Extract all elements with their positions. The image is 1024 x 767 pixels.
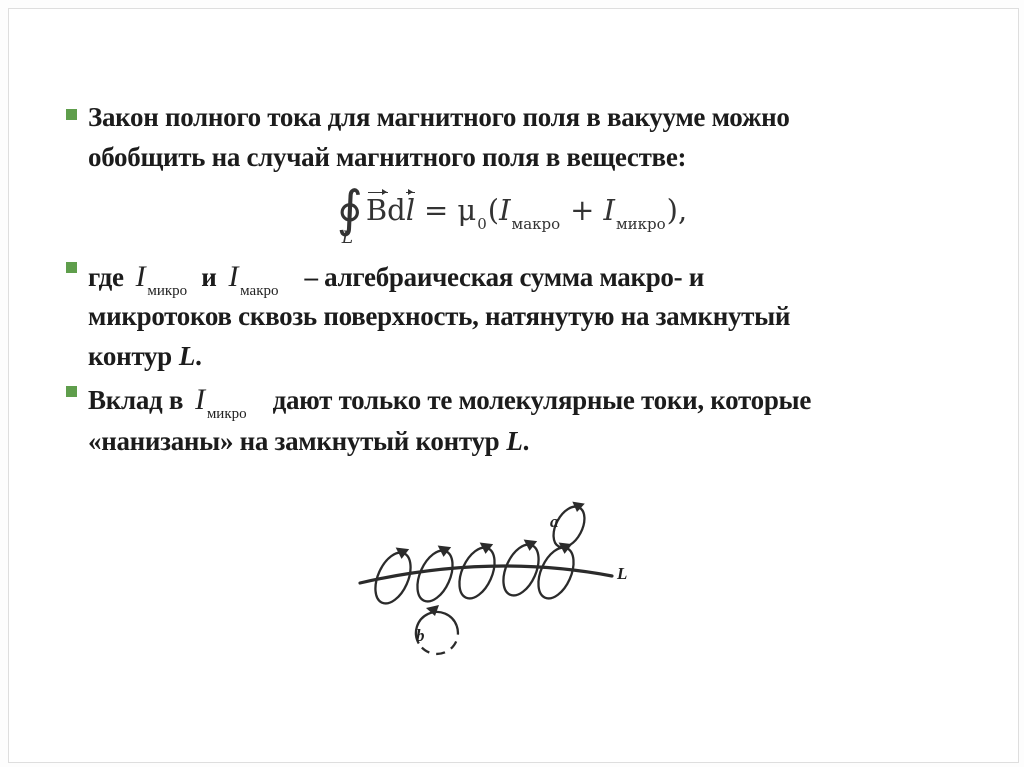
label-a: a: [550, 512, 559, 531]
text-segment: .: [195, 341, 201, 371]
i-micro-inline: Iмикро: [136, 261, 188, 298]
i-macro-inline: Iмакро: [228, 261, 278, 298]
i-micro-inline: Iмикро: [195, 384, 247, 421]
slide: Закон полного тока для магнитного поля в…: [0, 0, 1024, 767]
i-symbol: I: [228, 260, 238, 293]
text-segment: – алгебраическая сумма макро- и: [305, 262, 705, 292]
label-contour: L: [616, 564, 627, 583]
bullet-2-line-2: микротоков сквозь поверхность, натянутую…: [88, 301, 790, 332]
i-micro-subscript: микро: [616, 215, 666, 233]
current-arrow-icon: [434, 542, 451, 558]
i-macro: I: [499, 193, 510, 227]
vector-dl: l: [406, 193, 415, 227]
bullet-2-line-1: гдеIмикроиIмакро– алгебраическая сумма м…: [88, 261, 704, 298]
mu-symbol: μ: [457, 193, 476, 227]
contour-line: [360, 566, 612, 583]
current-arrow-icon: [392, 544, 409, 560]
bullet-2-line-3: контурL.: [88, 341, 202, 372]
mu-subscript: 0: [477, 215, 487, 233]
text-segment: Вклад в: [88, 385, 183, 415]
text-segment: .: [523, 426, 529, 456]
equals-sign: =: [424, 193, 448, 227]
i-subscript: микро: [207, 406, 247, 422]
molecular-currents-diagram: a b L: [340, 485, 660, 670]
molecular-loop: [452, 537, 504, 604]
loop-b-dashed-arc: [419, 626, 458, 654]
i-subscript: микро: [147, 283, 187, 299]
text-segment: дают только те молекулярные токи, которы…: [273, 385, 811, 415]
i-symbol: I: [195, 383, 205, 416]
vector-b: B: [366, 193, 387, 227]
contour-variable: L: [506, 426, 522, 456]
close-paren-comma: ),: [667, 193, 688, 227]
text-segment: «нанизаны» на замкнутый контур: [88, 426, 499, 456]
bullet-icon: [66, 262, 77, 273]
i-symbol: I: [136, 260, 146, 293]
current-arrow-icon: [520, 536, 537, 552]
bullet-icon: [66, 109, 77, 120]
bullet-icon: [66, 386, 77, 397]
i-micro: I: [603, 193, 614, 227]
differential-d: d: [387, 193, 406, 227]
ampere-law-equation: ∮LBdl=μ0(Iмакро+Iмикро),: [0, 188, 1024, 227]
plus-sign: +: [570, 193, 594, 227]
bullet-3-line-1: Вклад вIмикродают только те молекулярные…: [88, 384, 811, 421]
i-macro-subscript: макро: [512, 215, 561, 233]
bullet-1-line-2: обобщить на случай магнитного поля в вещ…: [88, 142, 686, 173]
contour-variable: L: [179, 341, 195, 371]
text-segment: контур: [88, 341, 172, 371]
current-arrow-icon: [476, 539, 493, 555]
text-segment: где: [88, 262, 124, 292]
label-b: b: [416, 626, 425, 645]
integral-contour-label: L: [342, 228, 353, 248]
text-segment: и: [201, 262, 216, 292]
open-paren: (: [488, 193, 499, 227]
i-subscript: макро: [240, 283, 278, 299]
bullet-3-line-2: «нанизаны» на замкнутый контурL.: [88, 426, 529, 457]
bullet-1-line-1: Закон полного тока для магнитного поля в…: [88, 102, 790, 133]
contour-integral: ∮L: [337, 188, 363, 224]
